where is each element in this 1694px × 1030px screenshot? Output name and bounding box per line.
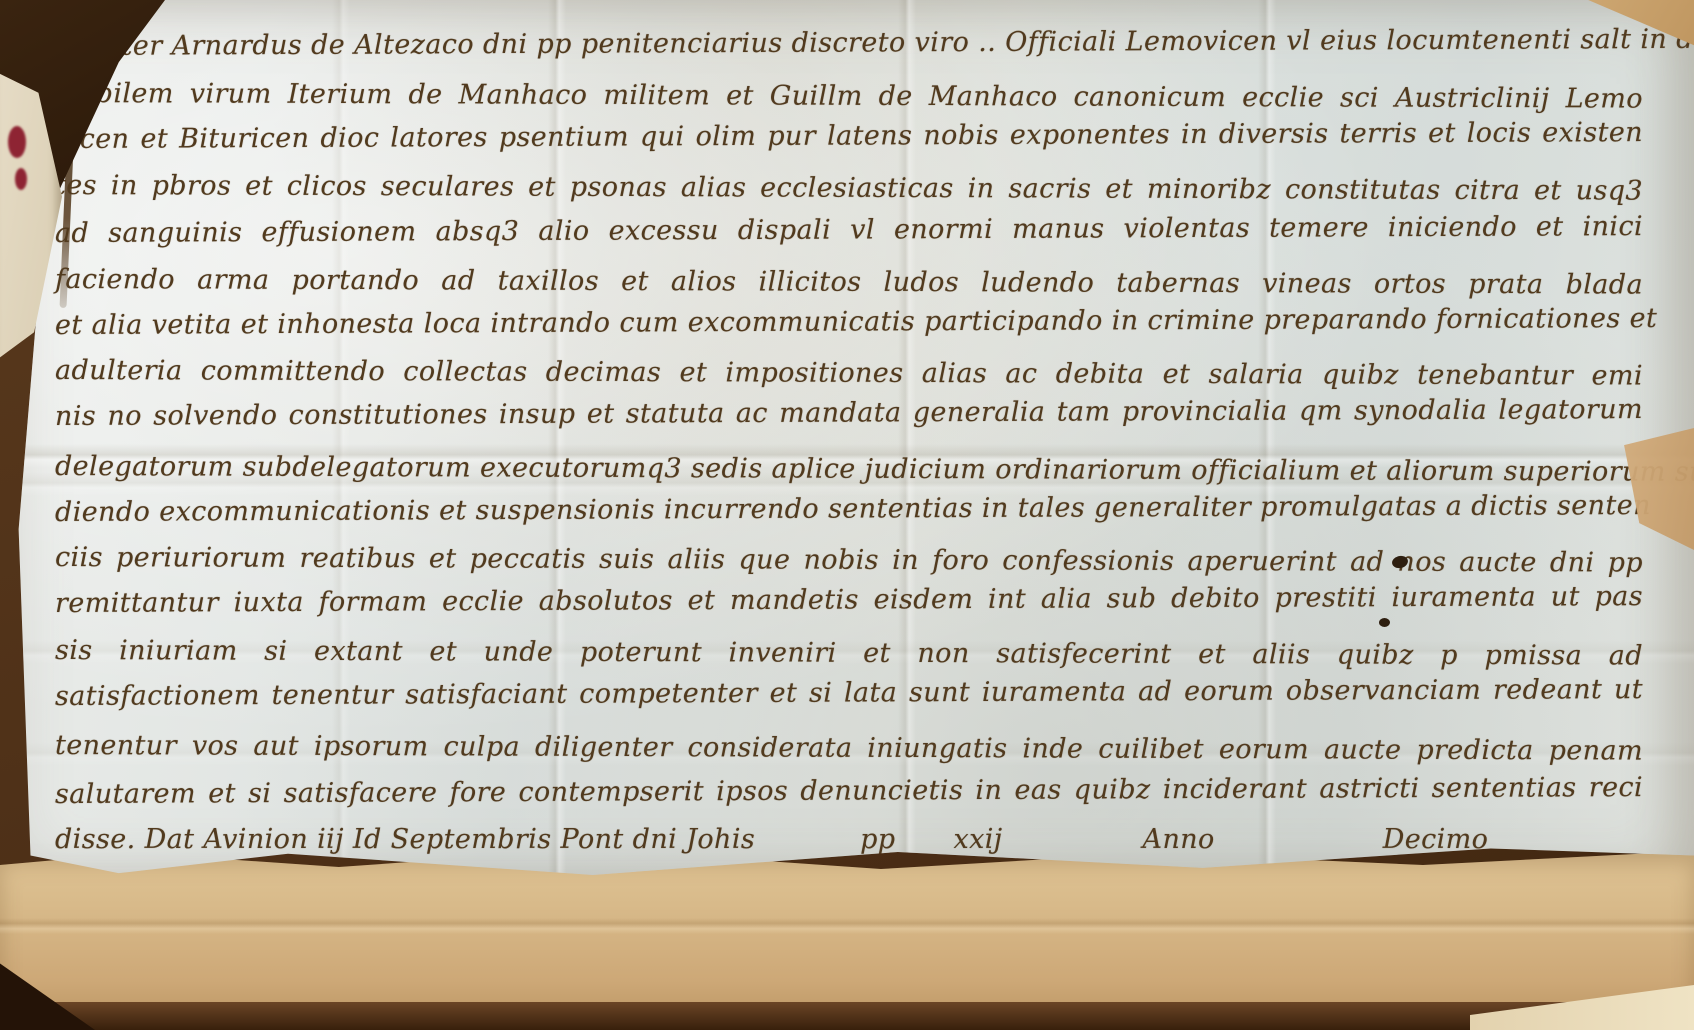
- date-segment: xxij: [953, 820, 1002, 860]
- ink-blot: [1379, 618, 1390, 627]
- manuscript-dateline: disse. Dat Avinion iij Id Septembris Pon…: [55, 820, 1555, 860]
- manuscript-line: ad sanguinis effusionem absq3 alio exces…: [55, 207, 1643, 254]
- manuscript-line: delegatorum subdelegatorum executorumq3 …: [55, 447, 1643, 493]
- manuscript-line: adulteria committendo collectas decimas …: [55, 351, 1643, 397]
- manuscript-text: Frater Arnardus de Altezaco dni pp penit…: [0, 0, 1694, 882]
- manuscript-line: sis iniuriam si extant et unde poterunt …: [55, 631, 1643, 677]
- date-segment: pp: [860, 820, 895, 860]
- manuscript-photo: Frater Arnardus de Altezaco dni pp penit…: [0, 0, 1694, 1030]
- manuscript-line: vicen et Bituricen dioc latores psentium…: [55, 113, 1643, 160]
- under-parchment-crease: [0, 918, 1694, 934]
- manuscript-line: et alia vetita et inhonesta loca intrand…: [55, 299, 1643, 346]
- date-segment: Decimo: [1383, 820, 1489, 860]
- red-wax-mark: [15, 168, 27, 190]
- manuscript-line: tenentur vos aut ipsorum culpa diligente…: [55, 726, 1643, 772]
- table-surface-bottom: [0, 1002, 1694, 1030]
- manuscript-line: salutarem et si satisfacere fore contemp…: [55, 768, 1643, 815]
- date-segment: Anno: [1143, 820, 1215, 860]
- manuscript-line: remittantur iuxta formam ecclie absoluto…: [55, 577, 1643, 624]
- manuscript-line: nis no solvendo constitutiones insup et …: [55, 390, 1643, 437]
- manuscript-line: diendo excommunicationis et suspensionis…: [55, 486, 1643, 533]
- date-segment: disse. Dat Avinion iij Id Septembris Pon…: [55, 820, 755, 860]
- manuscript-line: tes in pbros et clicos seculares et pson…: [55, 166, 1643, 212]
- manuscript-line: Nobilem virum Iterium de Manhaco militem…: [55, 74, 1643, 120]
- manuscript-line: faciendo arma portando ad taxillos et al…: [55, 260, 1643, 306]
- red-wax-mark: [8, 126, 26, 158]
- manuscript-line: Frater Arnardus de Altezaco dni pp penit…: [55, 11, 1643, 67]
- manuscript-line: satisfactionem tenentur satisfaciant com…: [55, 670, 1643, 717]
